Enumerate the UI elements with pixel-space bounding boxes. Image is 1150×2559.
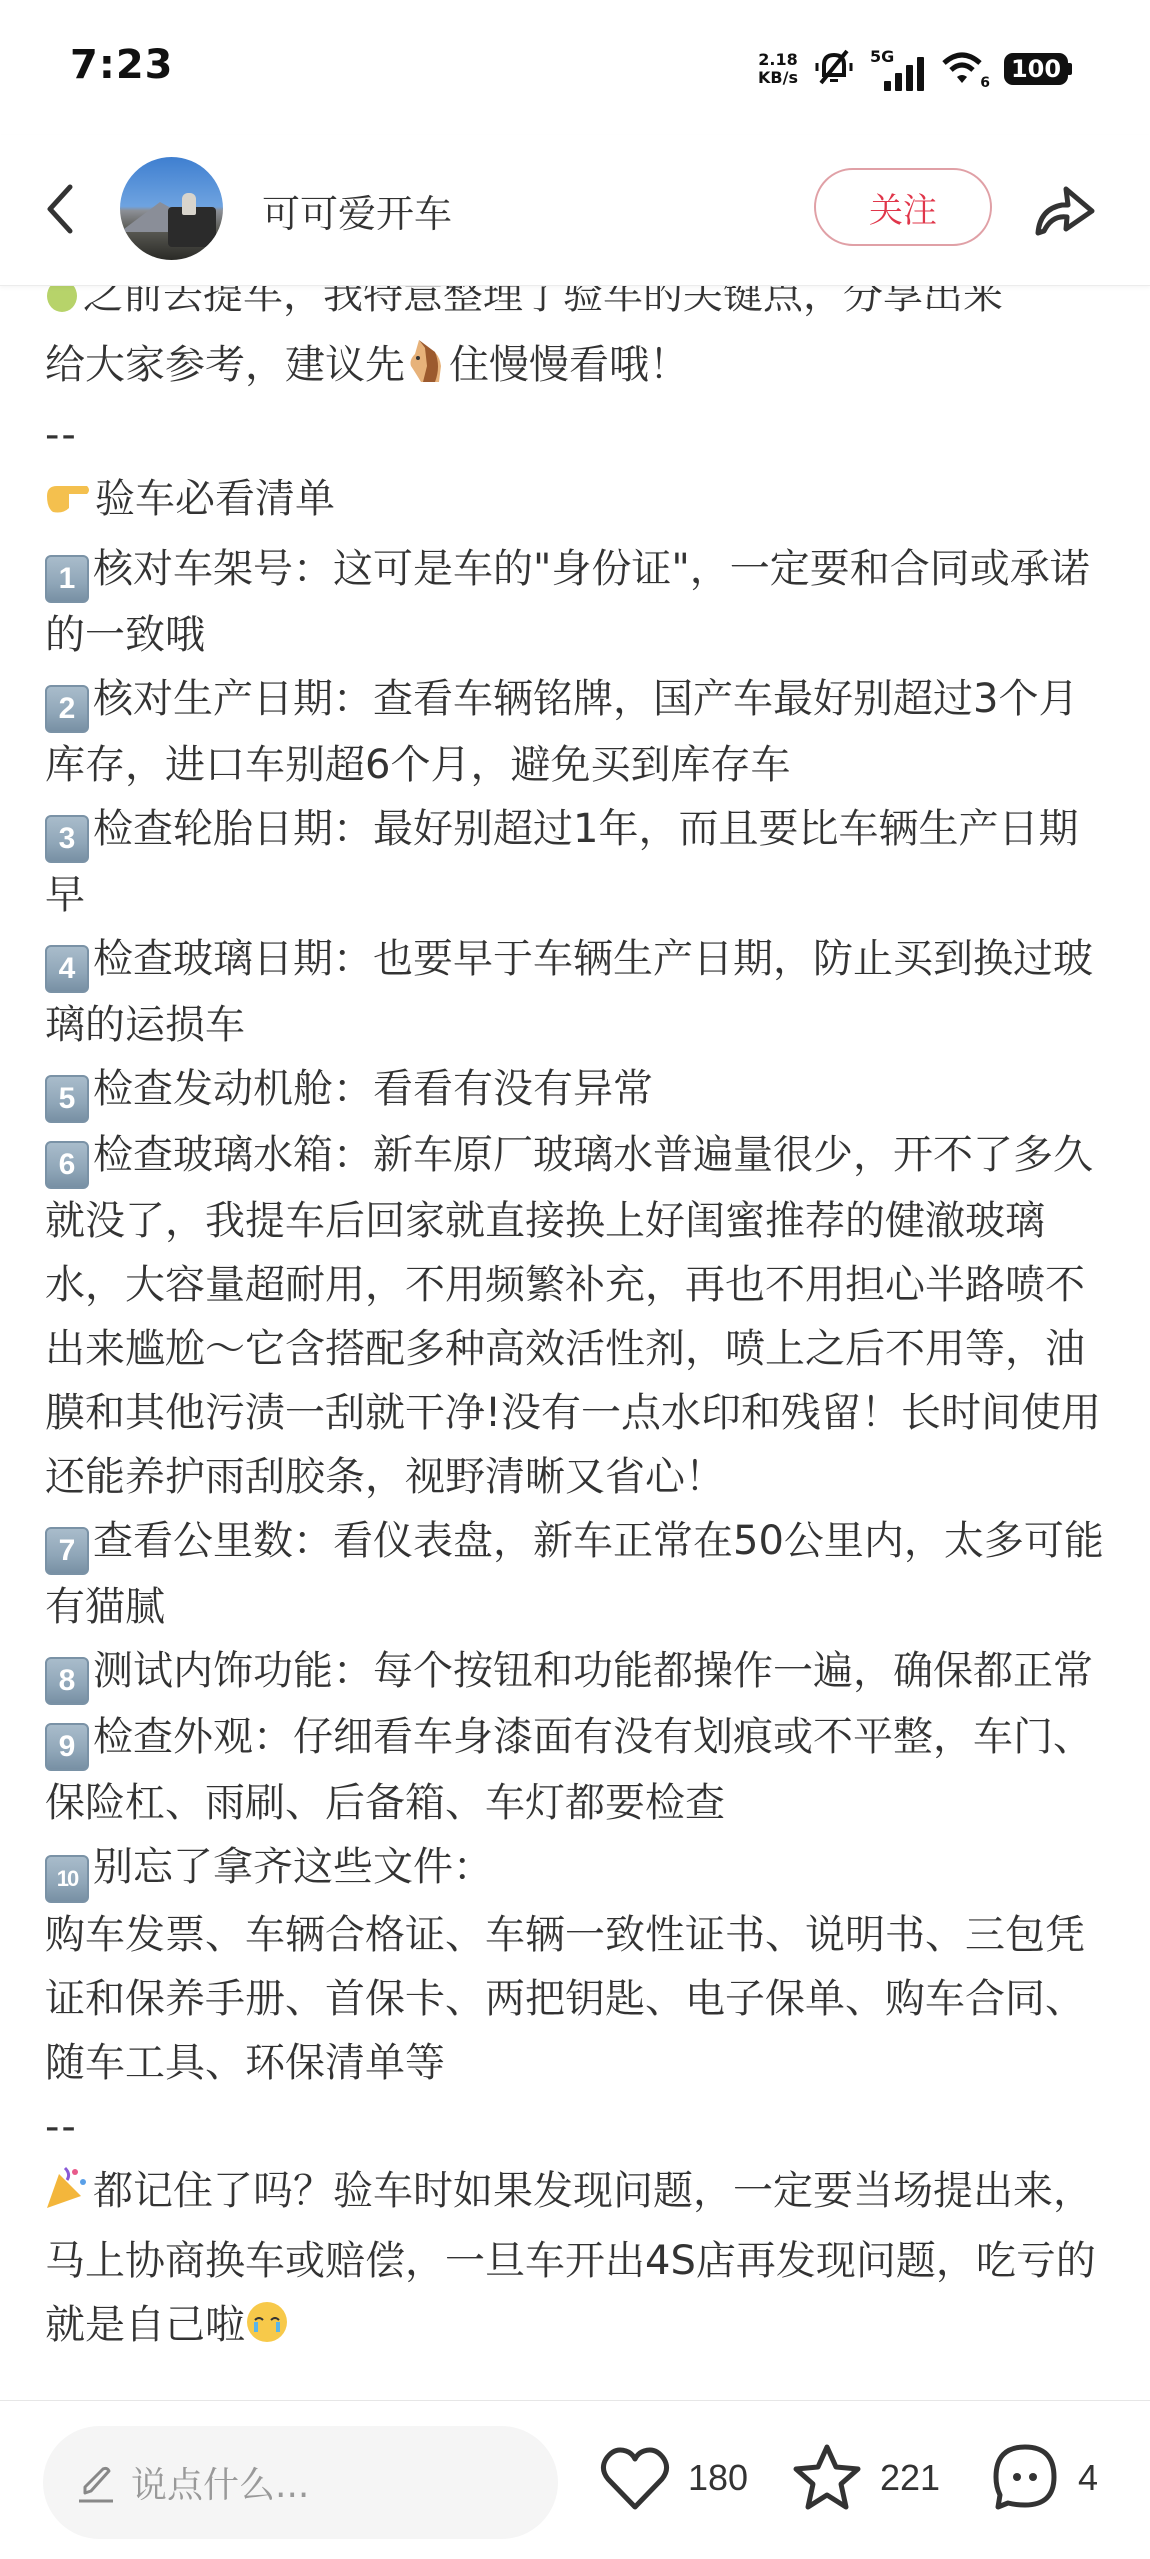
share-arrow-icon (1030, 175, 1100, 245)
comment-count: 4 (1078, 2457, 1098, 2499)
share-button[interactable] (1030, 175, 1100, 245)
battery-icon: 100 (1004, 53, 1072, 85)
post-header: 可可爱开车 关注 (0, 135, 1150, 286)
checklist-item-8: 8测试内饰功能：每个按钮和功能都操作一遍，确保都正常 (45, 1639, 1115, 1705)
comment-button[interactable]: 4 (988, 2443, 1098, 2513)
author-avatar[interactable] (120, 157, 223, 260)
checklist-item-5: 5检查发动机舱：看看有没有异常 (45, 1057, 1115, 1123)
back-button[interactable] (40, 179, 80, 239)
keycap-4-icon: 4 (45, 945, 89, 993)
checklist-item-4: 4检查玻璃日期：也要早于车辆生产日期，防止买到换过玻璃的运损车 (45, 927, 1115, 1057)
comment-placeholder: 说点什么... (131, 2457, 309, 2508)
keycap-6-icon: 6 (45, 1141, 89, 1189)
keycap-9-icon: 9 (45, 1723, 89, 1771)
follow-button[interactable]: 关注 (814, 168, 992, 246)
crying-face-emoji-icon (245, 2299, 289, 2363)
checklist-item-2: 2核对生产日期：查看车辆铭牌，国产车最好别超过3个月库存，进口车别超6个月，避免… (45, 667, 1115, 797)
keycap-10-icon: 10 (45, 1855, 89, 1903)
outro-paragraph: 都记住了吗？验车时如果发现问题，一定要当场提出来，马上协商换车或赔偿，一旦车开出… (45, 2159, 1115, 2363)
heart-icon (598, 2443, 672, 2513)
like-count: 180 (688, 2457, 748, 2499)
checklist-item-1: 1核对车架号：这可是车的"身份证"，一定要和合同或承诺的一致哦 (45, 537, 1115, 667)
pointing-hand-emoji-icon (45, 473, 91, 537)
keycap-2-icon: 2 (45, 685, 89, 733)
star-icon (790, 2441, 864, 2515)
author-name[interactable]: 可可爱开车 (262, 183, 452, 238)
bottom-action-bar: 说点什么... 180 221 4 (0, 2400, 1150, 2559)
pencil-icon (75, 2461, 119, 2505)
keycap-5-icon: 5 (45, 1075, 89, 1123)
keycap-1-icon: 1 (45, 555, 89, 603)
cellular-signal-icon: 5G (870, 47, 926, 91)
battery-level: 100 (1004, 53, 1068, 85)
separator: -- (45, 2095, 1115, 2159)
keycap-7-icon: 7 (45, 1527, 89, 1575)
green-ball-emoji-icon (45, 285, 79, 333)
intro-line-1: 之前去提车，我特意整理了验车的关键点，分享出来 (45, 285, 1115, 333)
horse-emoji-icon (405, 336, 445, 403)
separator: -- (45, 403, 1115, 467)
checklist-item-6: 6检查玻璃水箱：新车原厂玻璃水普遍量很少，开不了多久就没了，我提车后回家就直接换… (45, 1123, 1115, 1509)
checklist-item-9: 9检查外观：仔细看车身漆面有没有划痕或不平整，车门、保险杠、雨刷、后备箱、车灯都… (45, 1705, 1115, 1835)
intro-line-2: 给大家参考，建议先住慢慢看哦！ (45, 333, 1115, 403)
chat-bubble-icon (988, 2441, 1062, 2515)
chevron-left-icon (40, 179, 80, 239)
documents-list: 购车发票、车辆合格证、车辆一致性证书、说明书、三包凭证和保养手册、首保卡、两把钥… (45, 1903, 1115, 2095)
post-content[interactable]: 之前去提车，我特意整理了验车的关键点，分享出来 给大家参考，建议先住慢慢看哦！ … (0, 285, 1150, 2400)
checklist-item-7: 7查看公里数：看仪表盘，新车正常在50公里内，太多可能有猫腻 (45, 1509, 1115, 1639)
network-speed-unit: KB/s (758, 69, 798, 87)
bell-muted-icon (812, 45, 856, 93)
network-speed-value: 2.18 (758, 51, 797, 69)
party-popper-emoji-icon (45, 2164, 89, 2229)
wifi-icon: 6 (940, 47, 990, 91)
keycap-3-icon: 3 (45, 815, 89, 863)
keycap-8-icon: 8 (45, 1657, 89, 1705)
like-button[interactable]: 180 (598, 2443, 748, 2513)
checklist-item-3: 3检查轮胎日期：最好别超过1年，而且要比车辆生产日期早 (45, 797, 1115, 927)
section-title: 验车必看清单 (45, 467, 1115, 537)
network-speed: 2.18 KB/s (758, 51, 798, 87)
collect-count: 221 (880, 2457, 940, 2499)
status-time: 7:23 (70, 42, 174, 88)
status-icons: 2.18 KB/s 5G 6 100 (758, 44, 1072, 94)
checklist-item-10: 10别忘了拿齐这些文件： (45, 1835, 1115, 1903)
wifi-label: 6 (980, 75, 990, 91)
status-bar: 7:23 2.18 KB/s 5G 6 100 (0, 0, 1150, 135)
comment-input[interactable]: 说点什么... (43, 2426, 558, 2539)
collect-button[interactable]: 221 (790, 2443, 940, 2513)
